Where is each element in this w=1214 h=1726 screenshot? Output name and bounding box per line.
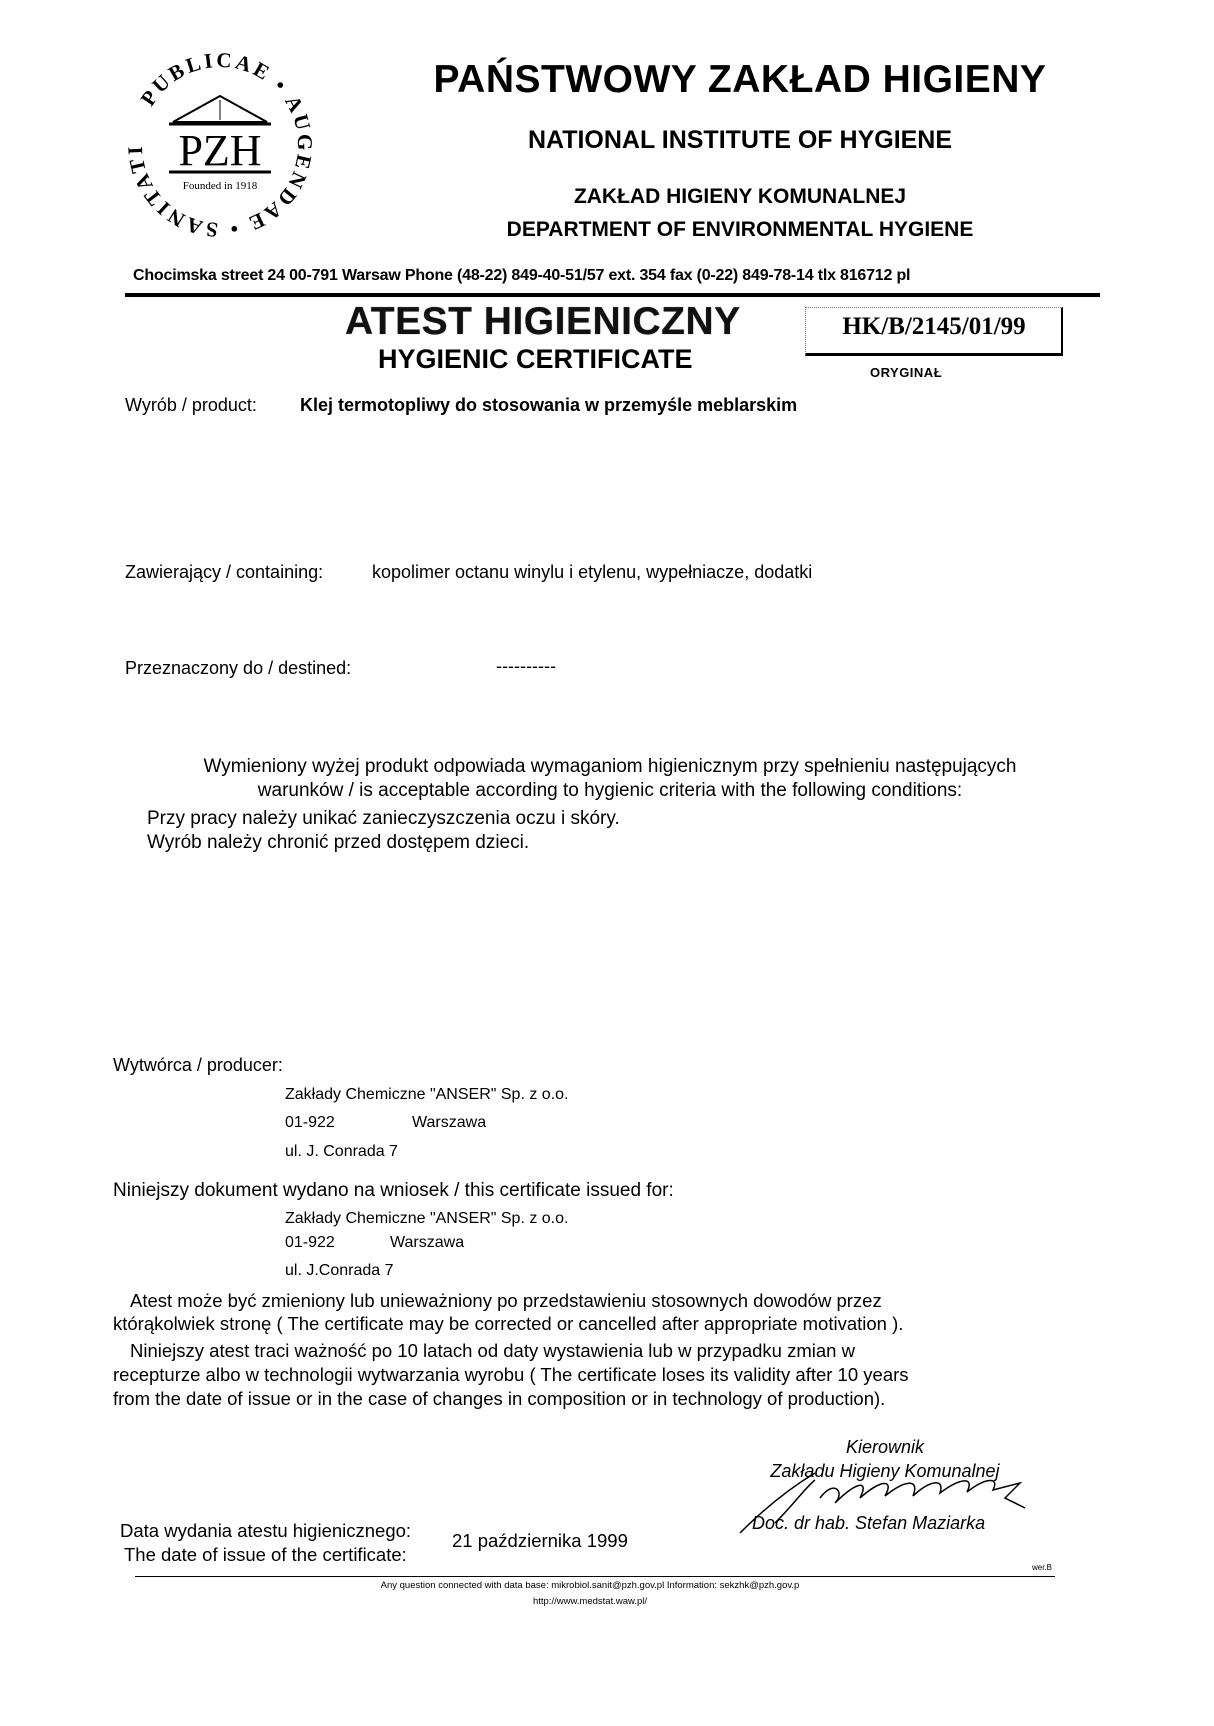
issue-date-label-en: The date of issue of the certificate: <box>124 1544 407 1566</box>
issued-for-city: Warszawa <box>390 1234 464 1252</box>
validity-note-line: Atest może być zmieniony lub unieważnion… <box>130 1290 882 1312</box>
issue-date-value: 21 października 1999 <box>452 1530 628 1552</box>
containing-value: kopolimer octanu winylu i etylenu, wypeł… <box>372 562 812 583</box>
validity-note-line: from the date of issue or in the case of… <box>113 1388 885 1410</box>
producer-street: ul. J. Conrada 7 <box>285 1143 398 1161</box>
department-title-en: DEPARTMENT OF ENVIRONMENTAL HYGIENE <box>380 218 1100 242</box>
condition-item: Przy pracy należy unikać zanieczyszczeni… <box>147 808 620 830</box>
product-label: Wyrób / product: <box>125 395 257 416</box>
issued-for-postal-code: 01-922 <box>285 1234 335 1252</box>
signatory-role: Kierownik <box>720 1437 1050 1458</box>
institute-title-en: NATIONAL INSTITUTE OF HYGIENE <box>380 126 1100 155</box>
producer-postal-code: 01-922 <box>285 1114 335 1132</box>
certificate-title-pl: ATEST HIGIENICZNY <box>345 300 741 344</box>
header-divider <box>125 293 1100 297</box>
department-title-pl: ZAKŁAD HIGIENY KOMUNALNEJ <box>380 185 1100 209</box>
footer-contact: Any question connected with data base: m… <box>290 1580 890 1591</box>
institute-address: Chocimska street 24 00-791 Warsaw Phone … <box>133 267 910 285</box>
institute-title-pl: PAŃSTWOWY ZAKŁAD HIGIENY <box>380 58 1100 102</box>
validity-note-line: recepturze albo w technologii wytwarzani… <box>113 1364 909 1386</box>
pzh-seal-logo: PUBLICAE • AUGENDAE • SANITATI • PZH Fou… <box>125 50 315 240</box>
certificate-title-en: HYGIENIC CERTIFICATE <box>378 344 693 375</box>
producer-city: Warszawa <box>412 1114 486 1132</box>
producer-label: Wytwórca / producer: <box>113 1055 283 1076</box>
version-label: wer.B <box>1032 1563 1052 1572</box>
producer-name: Zakłady Chemiczne "ANSER" Sp. z o.o. <box>285 1086 568 1104</box>
validity-note-line: którąkolwiek stronę ( The certificate ma… <box>113 1313 903 1335</box>
issued-for-label: Niniejszy dokument wydano na wniosek / t… <box>113 1180 674 1202</box>
validity-note-line: Niniejszy atest traci ważność po 10 lata… <box>130 1340 855 1362</box>
issued-for-street: ul. J.Conrada 7 <box>285 1262 394 1280</box>
destined-label: Przeznaczony do / destined: <box>125 658 351 679</box>
original-stamp: ORYGINAŁ <box>870 365 942 380</box>
footer-divider <box>135 1576 1055 1577</box>
containing-label: Zawierający / containing: <box>125 562 323 583</box>
conditions-intro-line1: Wymieniony wyżej produkt odpowiada wymag… <box>120 756 1100 778</box>
certificate-number: HK/B/2145/01/99 <box>810 313 1058 341</box>
svg-text:Founded in 1918: Founded in 1918 <box>183 180 258 192</box>
destined-value: ---------- <box>496 656 556 677</box>
condition-item: Wyrób należy chronić przed dostępem dzie… <box>147 832 529 854</box>
signatory-name: Doc. dr hab. Stefan Maziarka <box>752 1513 985 1534</box>
svg-text:PZH: PZH <box>178 126 261 175</box>
conditions-intro-line2: warunków / is acceptable according to hy… <box>120 780 1100 802</box>
footer-url[interactable]: http://www.medstat.waw.pl/ <box>290 1596 890 1607</box>
issued-for-name: Zakłady Chemiczne "ANSER" Sp. z o.o. <box>285 1210 568 1228</box>
product-value: Klej termotopliwy do stosowania w przemy… <box>300 395 797 416</box>
issue-date-label-pl: Data wydania atestu higienicznego: <box>120 1520 411 1542</box>
